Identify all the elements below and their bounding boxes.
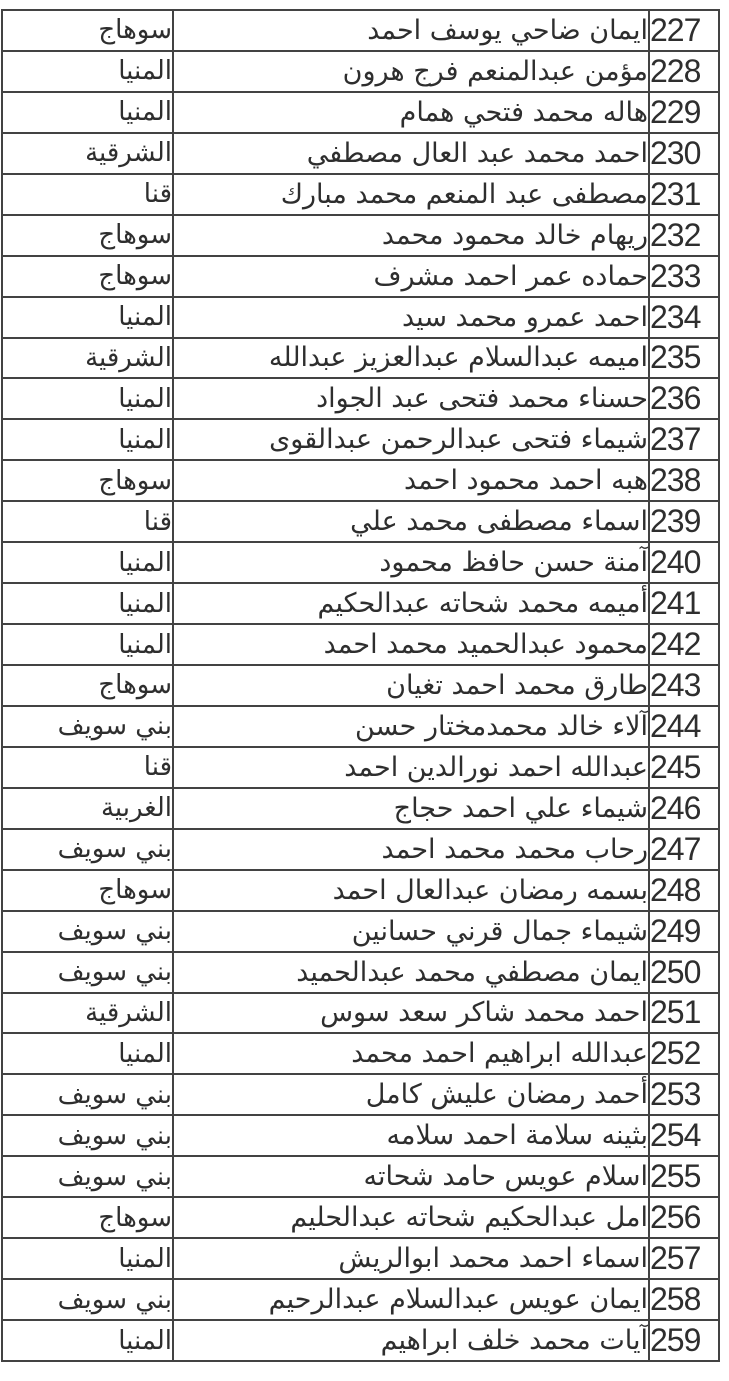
full-name-cell: طارق محمد احمد تغيان (173, 665, 649, 706)
table-row: 249 شيماء جمال قرني حسانين بني سويف (2, 911, 719, 952)
governorate-cell: الشرقية (2, 338, 173, 379)
full-name-cell: ايمان عويس عبدالسلام عبدالرحيم (173, 1279, 649, 1320)
governorate-cell: قنا (2, 747, 173, 788)
full-name-cell: ايمان ضاحي يوسف احمد (173, 10, 649, 51)
governorate-cell: بني سويف (2, 952, 173, 993)
governorate-cell: بني سويف (2, 1115, 173, 1156)
serial-number-cell: 227 (649, 10, 719, 51)
governorate-cell: قنا (2, 501, 173, 542)
table-row: 247 رحاب محمد محمد احمد بني سويف (2, 829, 719, 870)
serial-number-cell: 228 (649, 51, 719, 92)
full-name-cell: شيماء علي احمد حجاج (173, 788, 649, 829)
full-name-cell: اميمه عبدالسلام عبدالعزيز عبدالله (173, 338, 649, 379)
full-name-cell: حسناء محمد فتحى عبد الجواد (173, 378, 649, 419)
table-row: 248 بسمه رمضان عبدالعال احمد سوهاج (2, 870, 719, 911)
full-name-cell: اسماء مصطفى محمد علي (173, 501, 649, 542)
governorate-cell: بني سويف (2, 1074, 173, 1115)
serial-number-cell: 256 (649, 1197, 719, 1238)
serial-number-cell: 247 (649, 829, 719, 870)
table-row: 242 محمود عبدالحميد محمد احمد المنيا (2, 624, 719, 665)
serial-number-cell: 235 (649, 338, 719, 379)
full-name-cell: احمد عمرو محمد سيد (173, 297, 649, 338)
serial-number-cell: 258 (649, 1279, 719, 1320)
serial-number-cell: 246 (649, 788, 719, 829)
table-row: 230 احمد محمد عبد العال مصطفي الشرقية (2, 133, 719, 174)
table-row: 243 طارق محمد احمد تغيان سوهاج (2, 665, 719, 706)
table-row: 251 احمد محمد شاكر سعد سوس الشرقية (2, 993, 719, 1034)
governorate-cell: المنيا (2, 542, 173, 583)
serial-number-cell: 257 (649, 1238, 719, 1279)
table-row: 246 شيماء علي احمد حجاج الغربية (2, 788, 719, 829)
serial-number-cell: 240 (649, 542, 719, 583)
full-name-cell: احمد محمد شاكر سعد سوس (173, 993, 649, 1034)
full-name-cell: مصطفى عبد المنعم محمد مبارك (173, 174, 649, 215)
full-name-cell: أميمه محمد شحاته عبدالحكيم (173, 583, 649, 624)
serial-number-cell: 237 (649, 419, 719, 460)
serial-number-cell: 254 (649, 1115, 719, 1156)
table-row: 258 ايمان عويس عبدالسلام عبدالرحيم بني س… (2, 1279, 719, 1320)
table-row: 231 مصطفى عبد المنعم محمد مبارك قنا (2, 174, 719, 215)
serial-number-cell: 259 (649, 1320, 719, 1361)
table-row: 250 ايمان مصطفي محمد عبدالحميد بني سويف (2, 952, 719, 993)
full-name-cell: أحمد رمضان عليش كامل (173, 1074, 649, 1115)
governorate-cell: المنيا (2, 583, 173, 624)
serial-number-cell: 244 (649, 706, 719, 747)
serial-number-cell: 245 (649, 747, 719, 788)
governorate-cell: المنيا (2, 51, 173, 92)
governorate-cell: المنيا (2, 1238, 173, 1279)
full-name-cell: اسماء احمد محمد ابوالريش (173, 1238, 649, 1279)
governorate-cell: المنيا (2, 92, 173, 133)
serial-number-cell: 234 (649, 297, 719, 338)
table-row: 239 اسماء مصطفى محمد علي قنا (2, 501, 719, 542)
governorate-cell: سوهاج (2, 215, 173, 256)
serial-number-cell: 238 (649, 460, 719, 501)
serial-number-cell: 242 (649, 624, 719, 665)
table-row: 254 بثينه سلامة احمد سلامه بني سويف (2, 1115, 719, 1156)
serial-number-cell: 231 (649, 174, 719, 215)
governorate-cell: بني سويف (2, 1156, 173, 1197)
table-row: 234 احمد عمرو محمد سيد المنيا (2, 297, 719, 338)
table-row: 227 ايمان ضاحي يوسف احمد سوهاج (2, 10, 719, 51)
full-name-cell: اسلام عويس حامد شحاته (173, 1156, 649, 1197)
roster-page: 227 ايمان ضاحي يوسف احمد سوهاج 228 مؤمن … (1, 9, 718, 1362)
serial-number-cell: 236 (649, 378, 719, 419)
table-row: 228 مؤمن عبدالمنعم فرج هرون المنيا (2, 51, 719, 92)
governorate-cell: المنيا (2, 378, 173, 419)
governorate-cell: المنيا (2, 419, 173, 460)
governorate-cell: قنا (2, 174, 173, 215)
governorate-cell: الشرقية (2, 993, 173, 1034)
governorate-cell: بني سويف (2, 911, 173, 952)
roster-table-body: 227 ايمان ضاحي يوسف احمد سوهاج 228 مؤمن … (2, 10, 719, 1361)
serial-number-cell: 232 (649, 215, 719, 256)
table-row: 233 حماده عمر احمد مشرف سوهاج (2, 256, 719, 297)
governorate-cell: المنيا (2, 624, 173, 665)
governorate-cell: سوهاج (2, 256, 173, 297)
governorate-cell: المنيا (2, 1320, 173, 1361)
full-name-cell: مؤمن عبدالمنعم فرج هرون (173, 51, 649, 92)
table-row: 235 اميمه عبدالسلام عبدالعزيز عبدالله ال… (2, 338, 719, 379)
serial-number-cell: 233 (649, 256, 719, 297)
full-name-cell: رحاب محمد محمد احمد (173, 829, 649, 870)
serial-number-cell: 248 (649, 870, 719, 911)
table-row: 245 عبدالله احمد نورالدين احمد قنا (2, 747, 719, 788)
table-row: 255 اسلام عويس حامد شحاته بني سويف (2, 1156, 719, 1197)
serial-number-cell: 255 (649, 1156, 719, 1197)
full-name-cell: آمنة حسن حافظ محمود (173, 542, 649, 583)
full-name-cell: ايمان مصطفي محمد عبدالحميد (173, 952, 649, 993)
full-name-cell: آيات محمد خلف ابراهيم (173, 1320, 649, 1361)
full-name-cell: بسمه رمضان عبدالعال احمد (173, 870, 649, 911)
full-name-cell: هاله محمد فتحي همام (173, 92, 649, 133)
serial-number-cell: 250 (649, 952, 719, 993)
full-name-cell: ريهام خالد محمود محمد (173, 215, 649, 256)
table-row: 241 أميمه محمد شحاته عبدالحكيم المنيا (2, 583, 719, 624)
table-row: 238 هبه احمد محمود احمد سوهاج (2, 460, 719, 501)
full-name-cell: شيماء فتحى عبدالرحمن عبدالقوى (173, 419, 649, 460)
governorate-cell: سوهاج (2, 665, 173, 706)
table-row: 259 آيات محمد خلف ابراهيم المنيا (2, 1320, 719, 1361)
governorate-cell: سوهاج (2, 460, 173, 501)
governorate-cell: بني سويف (2, 706, 173, 747)
full-name-cell: عبدالله ابراهيم احمد محمد (173, 1033, 649, 1074)
table-row: 240 آمنة حسن حافظ محمود المنيا (2, 542, 719, 583)
roster-table: 227 ايمان ضاحي يوسف احمد سوهاج 228 مؤمن … (1, 9, 720, 1362)
serial-number-cell: 243 (649, 665, 719, 706)
serial-number-cell: 251 (649, 993, 719, 1034)
table-row: 244 آلاء خالد محمدمختار حسن بني سويف (2, 706, 719, 747)
table-row: 257 اسماء احمد محمد ابوالريش المنيا (2, 1238, 719, 1279)
governorate-cell: بني سويف (2, 829, 173, 870)
serial-number-cell: 241 (649, 583, 719, 624)
serial-number-cell: 230 (649, 133, 719, 174)
table-row: 256 امل عبدالحكيم شحاته عبدالحليم سوهاج (2, 1197, 719, 1238)
full-name-cell: هبه احمد محمود احمد (173, 460, 649, 501)
full-name-cell: آلاء خالد محمدمختار حسن (173, 706, 649, 747)
serial-number-cell: 252 (649, 1033, 719, 1074)
table-row: 229 هاله محمد فتحي همام المنيا (2, 92, 719, 133)
full-name-cell: بثينه سلامة احمد سلامه (173, 1115, 649, 1156)
full-name-cell: محمود عبدالحميد محمد احمد (173, 624, 649, 665)
full-name-cell: حماده عمر احمد مشرف (173, 256, 649, 297)
serial-number-cell: 229 (649, 92, 719, 133)
full-name-cell: احمد محمد عبد العال مصطفي (173, 133, 649, 174)
full-name-cell: عبدالله احمد نورالدين احمد (173, 747, 649, 788)
table-row: 252 عبدالله ابراهيم احمد محمد المنيا (2, 1033, 719, 1074)
full-name-cell: امل عبدالحكيم شحاته عبدالحليم (173, 1197, 649, 1238)
full-name-cell: شيماء جمال قرني حسانين (173, 911, 649, 952)
table-row: 236 حسناء محمد فتحى عبد الجواد المنيا (2, 378, 719, 419)
serial-number-cell: 239 (649, 501, 719, 542)
table-row: 237 شيماء فتحى عبدالرحمن عبدالقوى المنيا (2, 419, 719, 460)
serial-number-cell: 249 (649, 911, 719, 952)
governorate-cell: سوهاج (2, 870, 173, 911)
table-row: 232 ريهام خالد محمود محمد سوهاج (2, 215, 719, 256)
governorate-cell: سوهاج (2, 10, 173, 51)
governorate-cell: المنيا (2, 1033, 173, 1074)
governorate-cell: سوهاج (2, 1197, 173, 1238)
governorate-cell: بني سويف (2, 1279, 173, 1320)
governorate-cell: الغربية (2, 788, 173, 829)
table-row: 253 أحمد رمضان عليش كامل بني سويف (2, 1074, 719, 1115)
governorate-cell: الشرقية (2, 133, 173, 174)
serial-number-cell: 253 (649, 1074, 719, 1115)
governorate-cell: المنيا (2, 297, 173, 338)
